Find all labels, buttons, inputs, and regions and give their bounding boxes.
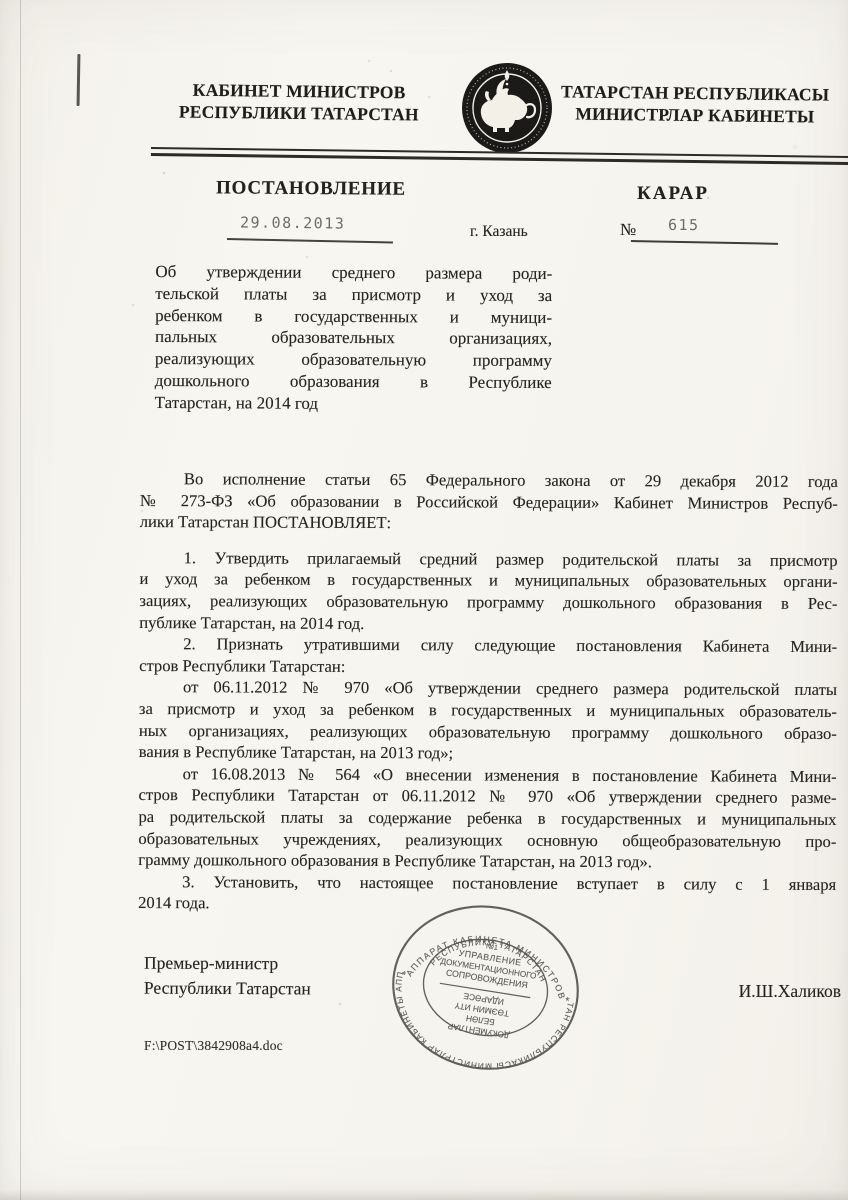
org-title-tatar-line2: МИНИСТРЛАР КАБИНЕТЫ: [548, 103, 842, 128]
doc-type-tatar: КАРАР: [637, 183, 709, 205]
paragraph: Во исполнение статьи 65 Федерального зак…: [140, 468, 838, 536]
signature-name: И.Ш.Халиков: [640, 981, 841, 1002]
stamp-number: №1: [485, 941, 498, 952]
text-line: лики Татарстан ПОСТАНОВЛЯЕТ:: [140, 511, 838, 536]
stamp-star-left: *: [401, 969, 407, 982]
scan-bottom-shade: [0, 1190, 848, 1200]
scan-page-edge: [20, 0, 21, 1200]
text-line: от 16.08.2013 № 564 «О внесении изменени…: [139, 763, 837, 788]
text-line: тельской платы за присмотр и уход за: [155, 283, 552, 307]
file-path: F:\POST\3842908a4.doc: [144, 1038, 283, 1054]
doc-place: г. Казань: [470, 223, 528, 241]
text-line: 2. Признать утратившими силу следующие п…: [139, 633, 837, 658]
doc-number-sign: №: [620, 220, 636, 240]
decree-body: Во исполнение статьи 65 Федерального зак…: [138, 468, 838, 917]
scan-specks: [0, 0, 2, 2]
paragraph: от 16.08.2013 № 564 «О внесении изменени…: [138, 763, 836, 874]
office-stamp: АППАРАТ КАБИНЕТА МИНИСТРОВ РЕСПУБЛИКИ ТА…: [383, 898, 588, 1083]
org-title-tatar-line1: ТАТАРСТАН РЕСПУБЛИКАСЫ: [548, 81, 842, 106]
text-line: Татарстан, на 2014 год: [155, 392, 552, 416]
signature-position-line1: Премьер-министр: [144, 951, 311, 977]
scanned-decree-page: КАБИНЕТ МИНИСТРОВ РЕСПУБЛИКИ ТАТАРСТАН Т…: [0, 0, 848, 1200]
org-title-russian-line1: КАБИНЕТ МИНИСТРОВ: [163, 79, 435, 104]
text-line: за присмотр и уход за ребенком в государ…: [139, 698, 837, 723]
text-line: пальных образовательных организациях,: [155, 326, 552, 350]
text-line: 3. Установить, что настоящее постановлен…: [138, 871, 836, 896]
signature-position-line2: Республики Татарстан: [144, 976, 311, 1002]
number-underline: [631, 240, 778, 245]
text-line: № 273-ФЗ «Об образовании в Российской Фе…: [140, 490, 838, 515]
decree-title: Об утверждении среднего размера роди-тел…: [155, 261, 553, 416]
text-line: вания в Республике Татарстан, на 2013 го…: [139, 741, 837, 766]
text-line: и уход за ребенком в государственных и м…: [139, 568, 837, 593]
scan-artifact-bar: [77, 54, 81, 106]
signature-position: Премьер-министр Республики Татарстан: [144, 951, 311, 1002]
text-line: дошкольного образования в Республике: [155, 370, 552, 394]
doc-number: 615: [668, 216, 700, 234]
org-title-tatar: ТАТАРСТАН РЕСПУБЛИКАСЫ МИНИСТРЛАР КАБИНЕ…: [548, 81, 843, 128]
text-line: Об утверждении среднего размера роди-: [155, 261, 552, 285]
text-line: ра родительской платы за содержание ребе…: [138, 806, 836, 831]
paragraph: 1. Утвердить прилагаемый средний размер …: [139, 547, 837, 636]
text-line: Во исполнение статьи 65 Федерального зак…: [140, 468, 838, 493]
text-line: ных организациях, реализующих образовате…: [139, 720, 837, 745]
tatarstan-emblem-icon: [461, 62, 553, 154]
text-line: 1. Утвердить прилагаемый средний размер …: [140, 547, 838, 572]
paragraph: 2. Признать утратившими силу следующие п…: [139, 633, 837, 679]
text-line: ребенком в государственных и муници-: [155, 305, 552, 329]
org-title-russian: КАБИНЕТ МИНИСТРОВ РЕСПУБЛИКИ ТАТАРСТАН: [163, 79, 436, 125]
text-line: грамму дошкольного образования в Республ…: [138, 849, 836, 874]
text-line: зациях, реализующих образовательную прог…: [139, 590, 837, 615]
text-line: образовательных учреждениях, реализующих…: [138, 827, 836, 852]
text-line: от 06.11.2012 № 970 «Об утверждении сред…: [139, 676, 837, 701]
date-underline: [227, 238, 393, 243]
org-title-russian-line2: РЕСПУБЛИКИ ТАТАРСТАН: [163, 101, 435, 126]
paragraph: от 06.11.2012 № 970 «Об утверждении сред…: [139, 676, 837, 765]
doc-date: 29.08.2013: [240, 213, 345, 232]
doc-type-russian: ПОСТАНОВЛЕНИЕ: [216, 177, 406, 200]
text-line: стров Республики Татарстан от 06.11.2012…: [139, 784, 837, 809]
text-line: публике Татарстан, на 2014 год.: [139, 612, 837, 637]
text-line: реализующих образовательную программу: [155, 348, 552, 372]
text-line: стров Республики Татарстан:: [139, 655, 837, 680]
